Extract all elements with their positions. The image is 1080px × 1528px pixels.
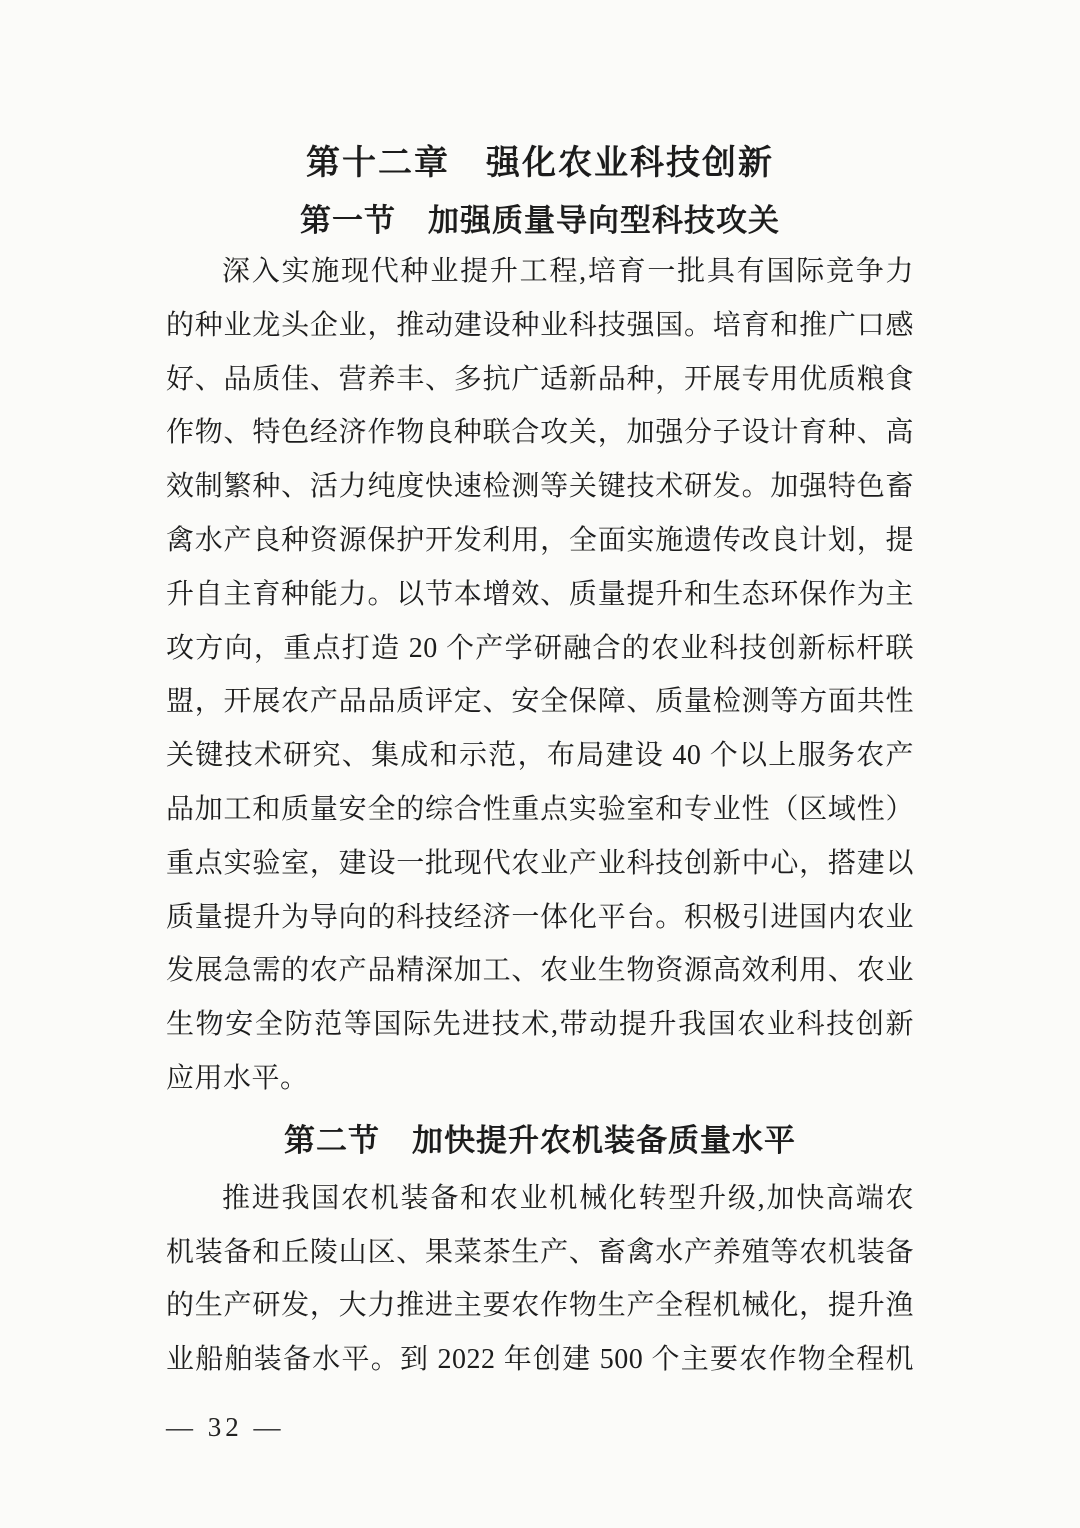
text-line: 升自主育种能力。以节本增效、质量提升和生态环保作为主 bbox=[166, 568, 914, 622]
text-line: 效制繁种、活力纯度快速检测等关键技术研发。加强特色畜 bbox=[166, 460, 914, 514]
text-line: 质量提升为导向的科技经济一体化平台。积极引进国内农业 bbox=[166, 891, 914, 945]
chapter-title: 第十二章 强化农业科技创新 bbox=[0, 143, 1080, 183]
text-line: 的种业龙头企业，推动建设种业科技强国。培育和推广口感 bbox=[166, 299, 914, 353]
section-2-paragraph: 推进我国农机装备和农业机械化转型升级,加快高端农 机装备和丘陵山区、果菜茶生产、… bbox=[166, 1172, 914, 1387]
text-line: 作物、特色经济作物良种联合攻关，加强分子设计育种、高 bbox=[166, 406, 914, 460]
page-number: — 32 — bbox=[166, 1412, 285, 1443]
text-line: 应用水平。 bbox=[166, 1052, 914, 1106]
text-line: 发展急需的农产品精深加工、农业生物资源高效利用、农业 bbox=[166, 944, 914, 998]
text-line: 禽水产良种资源保护开发利用，全面实施遗传改良计划，提 bbox=[166, 514, 914, 568]
section-1-paragraph: 深入实施现代种业提升工程,培育一批具有国际竞争力 的种业龙头企业，推动建设种业科… bbox=[166, 245, 914, 1106]
text-line: 的生产研发，大力推进主要农作物生产全程机械化，提升渔 bbox=[166, 1279, 914, 1333]
section-1-title: 第一节 加强质量导向型科技攻关 bbox=[0, 202, 1080, 240]
text-line: 机装备和丘陵山区、果菜茶生产、畜禽水产养殖等农机装备 bbox=[166, 1226, 914, 1280]
section-2-title: 第二节 加快提升农机装备质量水平 bbox=[0, 1122, 1080, 1160]
text-line: 攻方向，重点打造 20 个产学研融合的农业科技创新标杆联 bbox=[166, 622, 914, 676]
text-line: 深入实施现代种业提升工程,培育一批具有国际竞争力 bbox=[166, 245, 914, 299]
text-line: 业船舶装备水平。到 2022 年创建 500 个主要农作物全程机 bbox=[166, 1333, 914, 1387]
document-page: 第十二章 强化农业科技创新 第一节 加强质量导向型科技攻关 深入实施现代种业提升… bbox=[0, 0, 1080, 1528]
text-line: 盟，开展农产品品质评定、安全保障、质量检测等方面共性 bbox=[166, 675, 914, 729]
text-line: 重点实验室，建设一批现代农业产业科技创新中心，搭建以 bbox=[166, 837, 914, 891]
text-line: 好、品质佳、营养丰、多抗广适新品种，开展专用优质粮食 bbox=[166, 353, 914, 407]
text-line: 品加工和质量安全的综合性重点实验室和专业性（区域性） bbox=[166, 783, 914, 837]
text-line: 推进我国农机装备和农业机械化转型升级,加快高端农 bbox=[166, 1172, 914, 1226]
text-line: 生物安全防范等国际先进技术,带动提升我国农业科技创新 bbox=[166, 998, 914, 1052]
text-line: 关键技术研究、集成和示范，布局建设 40 个以上服务农产 bbox=[166, 729, 914, 783]
